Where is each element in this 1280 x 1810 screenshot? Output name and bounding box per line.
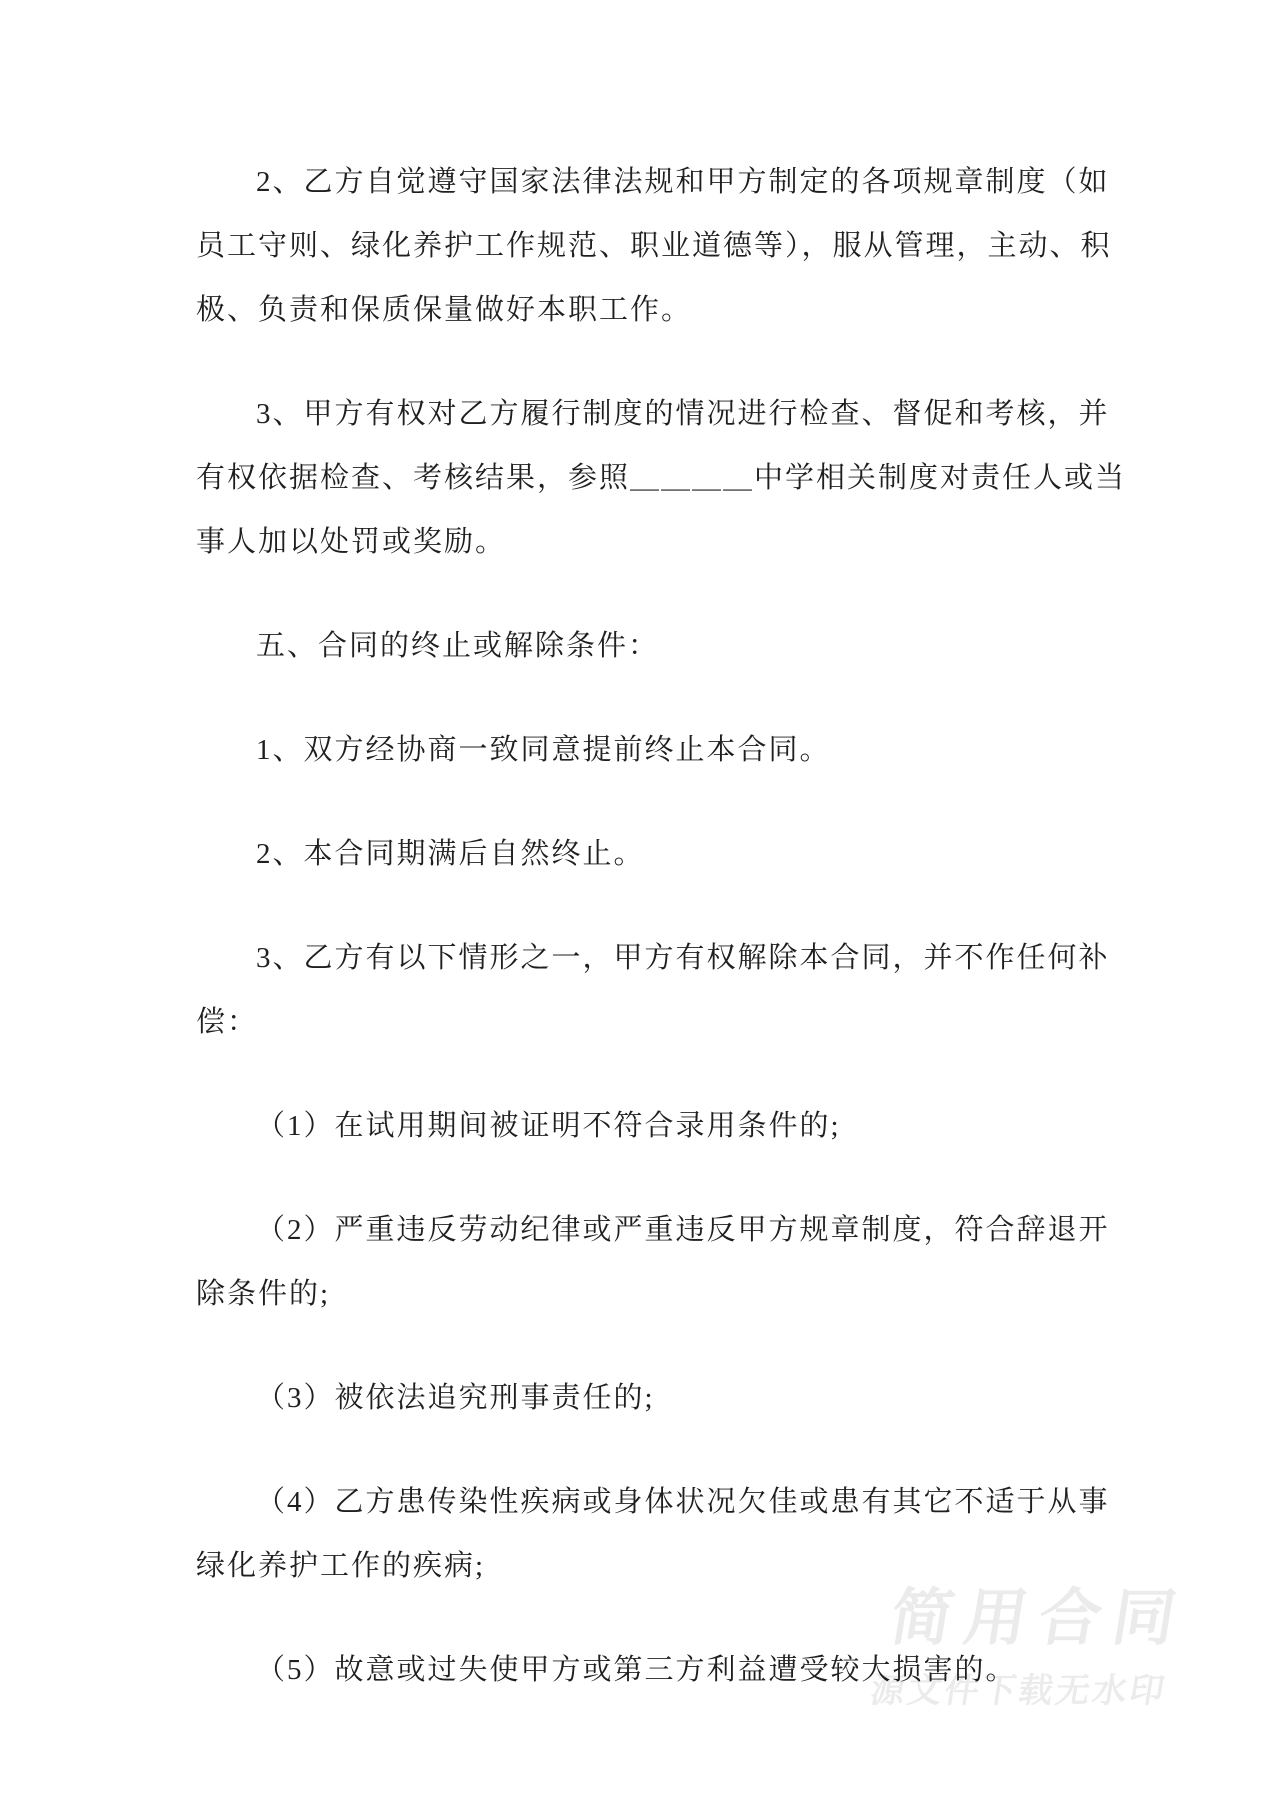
paragraph-termination-item-1: 1、双方经协商一致同意提前终止本合同。 — [196, 718, 1140, 782]
text-line: （2）严重违反劳动纪律或严重违反甲方规章制度，符合辞退开 — [196, 1198, 1140, 1262]
paragraph-condition-2: （2）严重违反劳动纪律或严重违反甲方规章制度，符合辞退开除条件的; — [196, 1198, 1140, 1326]
paragraph-termination-item-2: 2、本合同期满后自然终止。 — [196, 822, 1140, 886]
paragraph-termination-item-3: 3、乙方有以下情形之一，甲方有权解除本合同，并不作任何补偿： — [196, 926, 1140, 1054]
text-line: 2、本合同期满后自然终止。 — [196, 822, 1140, 886]
text-line: （4）乙方患传染性疾病或身体状况欠佳或患有其它不适于从事 — [196, 1470, 1140, 1534]
paragraph-condition-3: （3）被依法追究刑事责任的; — [196, 1366, 1140, 1430]
paragraph-clause-2-obligations: 2、乙方自觉遵守国家法律法规和甲方制定的各项规章制度（如员工守则、绿化养护工作规… — [196, 150, 1140, 342]
text-line: 3、乙方有以下情形之一，甲方有权解除本合同，并不作任何补 — [196, 926, 1140, 990]
text-line: 五、合同的终止或解除条件： — [196, 614, 1140, 678]
contract-page: 简用合同 源文件下载无水印 2、乙方自觉遵守国家法律法规和甲方制定的各项规章制度… — [0, 0, 1280, 1810]
text-line: 2、乙方自觉遵守国家法律法规和甲方制定的各项规章制度（如 — [196, 150, 1140, 214]
paragraph-clause-3-inspection: 3、甲方有权对乙方履行制度的情况进行检查、督促和考核，并有权依据检查、考核结果，… — [196, 382, 1140, 574]
text-line: （3）被依法追究刑事责任的; — [196, 1366, 1140, 1430]
paragraph-condition-1: （1）在试用期间被证明不符合录用条件的; — [196, 1094, 1140, 1158]
paragraph-condition-5: （5）故意或过失使甲方或第三方利益遭受较大损害的。 — [196, 1638, 1140, 1702]
text-line: 有权依据检查、考核结果，参照＿＿＿＿中学相关制度对责任人或当 — [196, 446, 1140, 510]
text-line: （5）故意或过失使甲方或第三方利益遭受较大损害的。 — [196, 1638, 1140, 1702]
text-line: 极、负责和保质保量做好本职工作。 — [196, 278, 1140, 342]
text-line: 绿化养护工作的疾病; — [196, 1534, 1140, 1598]
paragraph-section-5-heading: 五、合同的终止或解除条件： — [196, 614, 1140, 678]
text-line: 除条件的; — [196, 1262, 1140, 1326]
text-line: 3、甲方有权对乙方履行制度的情况进行检查、督促和考核，并 — [196, 382, 1140, 446]
text-line: 偿： — [196, 990, 1140, 1054]
document-body: 2、乙方自觉遵守国家法律法规和甲方制定的各项规章制度（如员工守则、绿化养护工作规… — [196, 150, 1140, 1742]
paragraph-condition-4: （4）乙方患传染性疾病或身体状况欠佳或患有其它不适于从事绿化养护工作的疾病; — [196, 1470, 1140, 1598]
text-line: 1、双方经协商一致同意提前终止本合同。 — [196, 718, 1140, 782]
text-line: 员工守则、绿化养护工作规范、职业道德等），服从管理，主动、积 — [196, 214, 1140, 278]
text-line: （1）在试用期间被证明不符合录用条件的; — [196, 1094, 1140, 1158]
text-line: 事人加以处罚或奖励。 — [196, 510, 1140, 574]
